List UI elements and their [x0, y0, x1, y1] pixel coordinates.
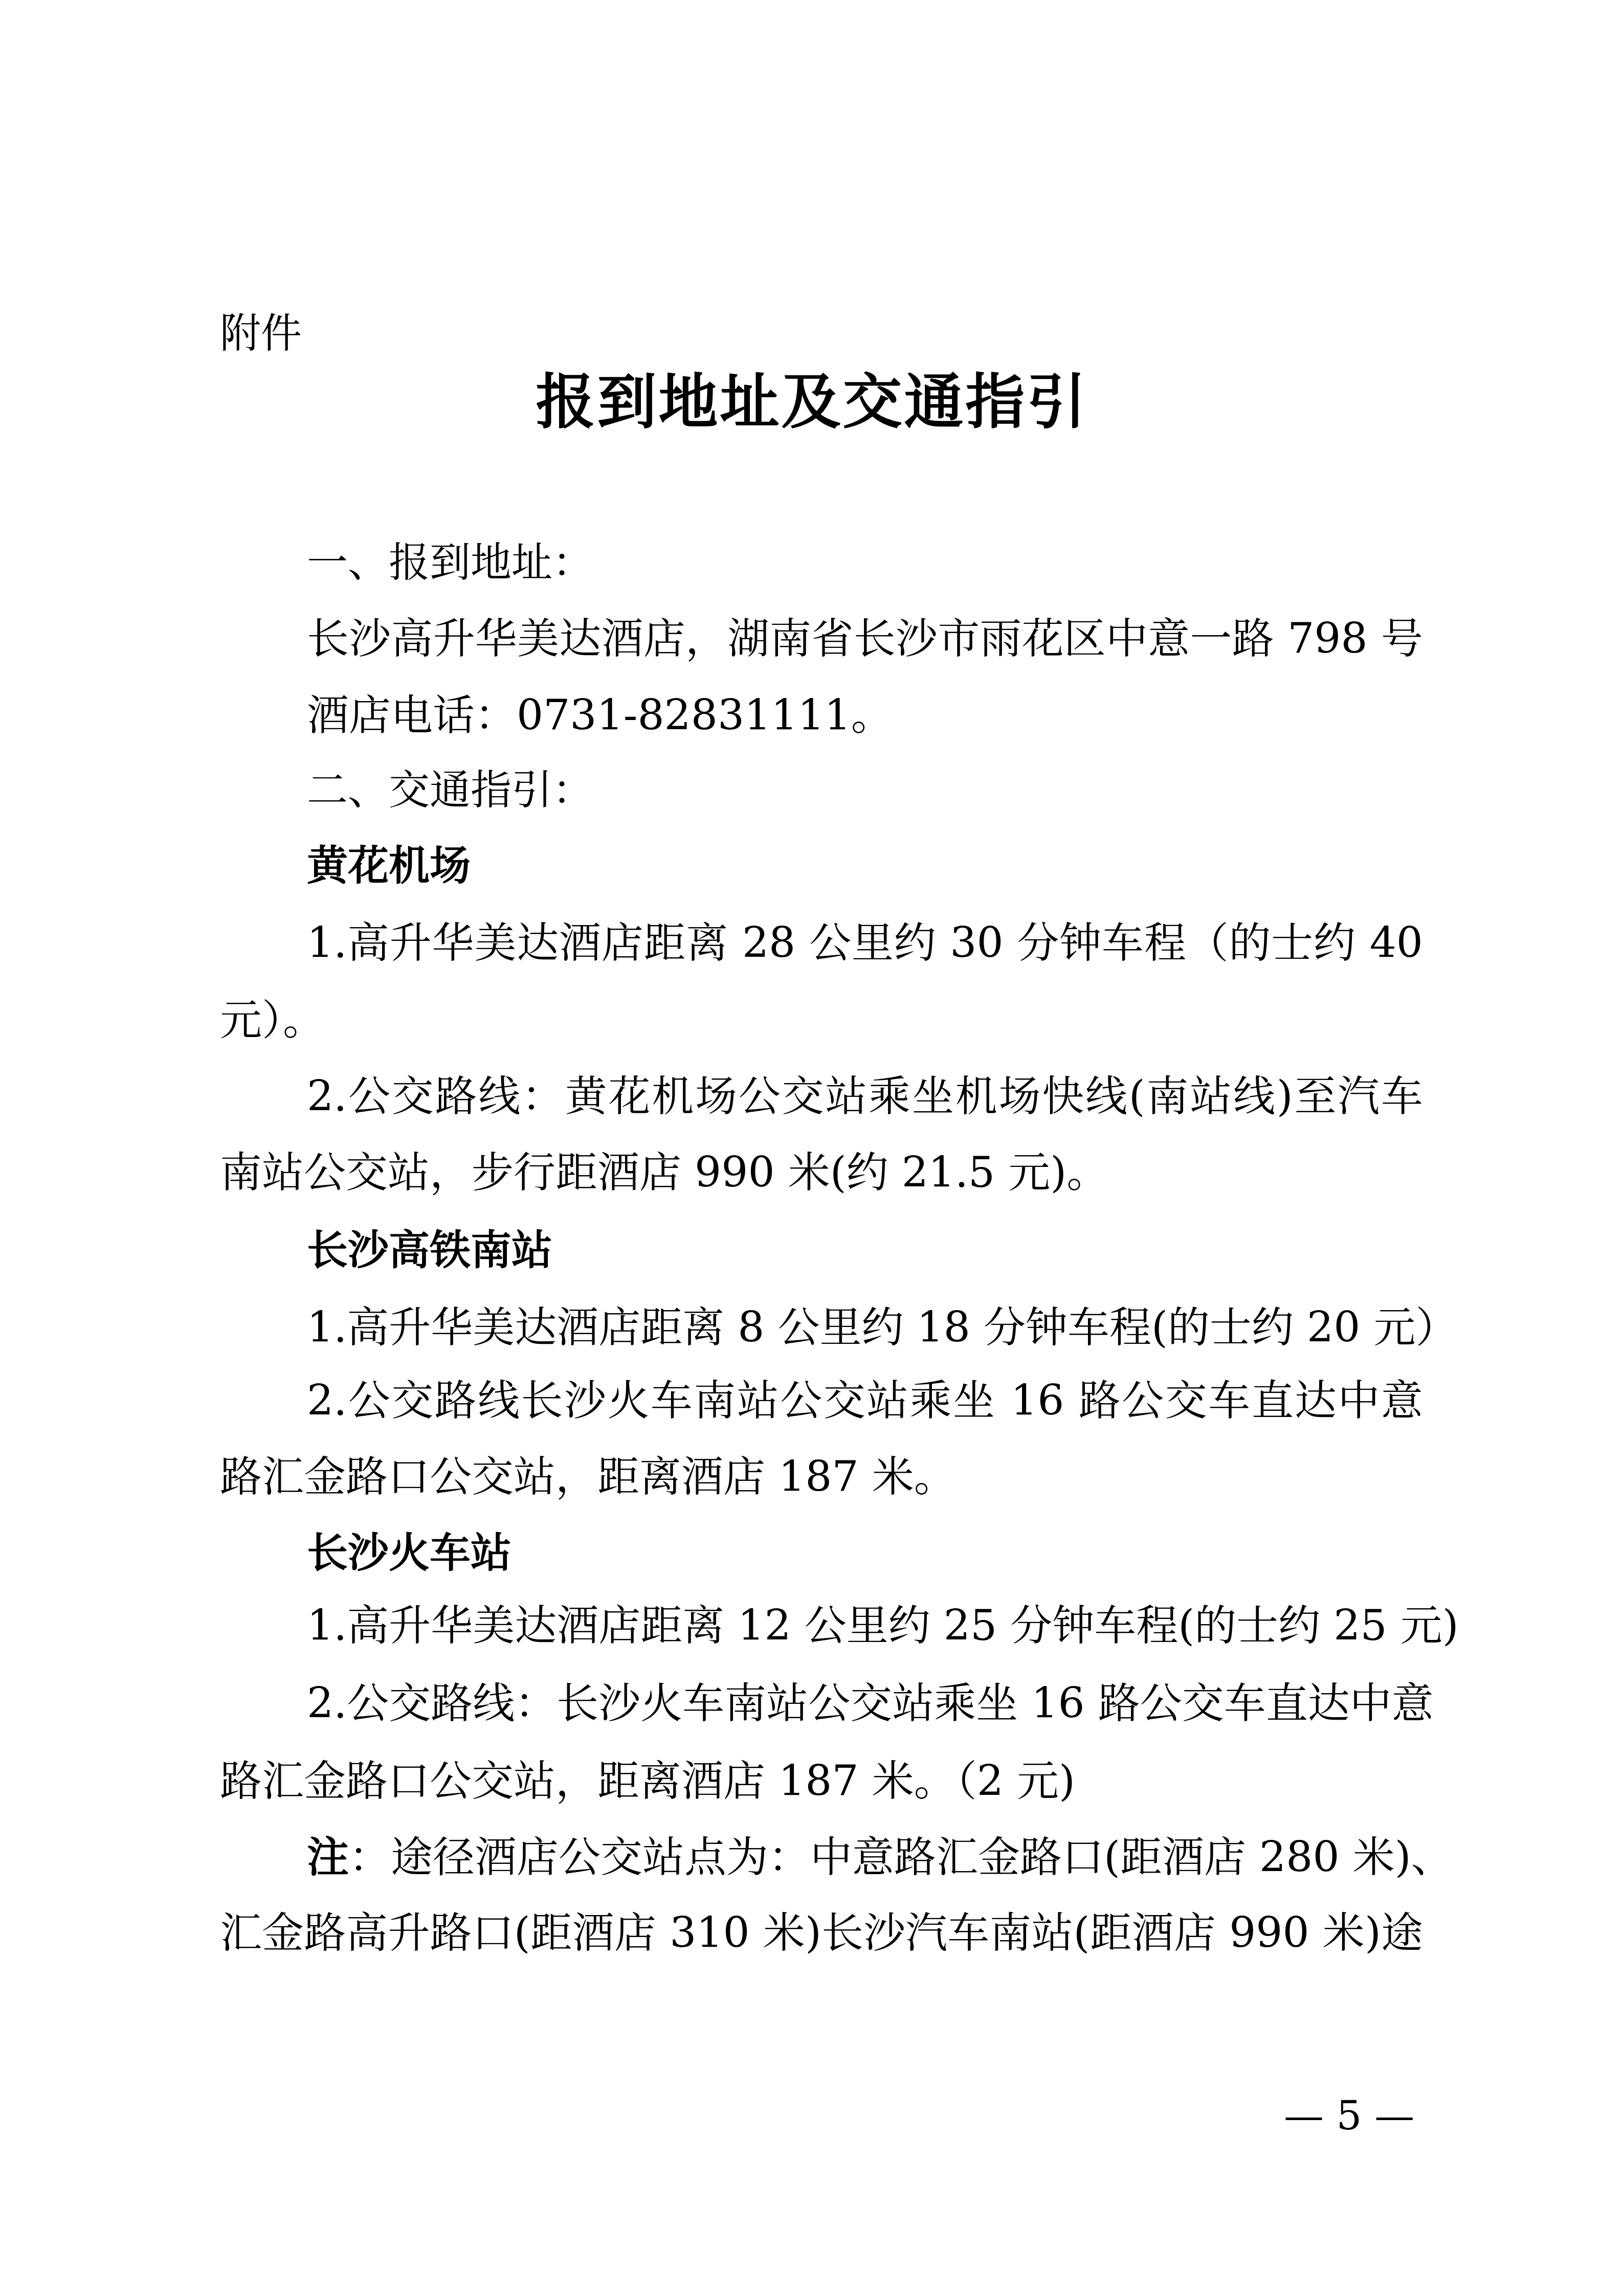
- railway-item2-line2: 路汇金路口公交站，距离酒店 187 米。（2 元): [220, 1756, 1075, 1807]
- airport-heading: 黄花机场: [307, 840, 471, 891]
- hsr-south-item2-line2: 路汇金路口公交站，距离酒店 187 米。: [220, 1452, 956, 1503]
- railway-item1: 1.高升华美达酒店距离 12 公里约 25 分钟车程(的士约 25 元): [307, 1601, 1423, 1652]
- airport-item1-line1: 1.高升华美达酒店距离 28 公里约 30 分钟车程（的士约 40: [307, 918, 1423, 969]
- hsr-south-item2-line1: 2.公交路线长沙火车南站公交站乘坐 16 路公交车直达中意: [307, 1376, 1423, 1427]
- page-number: — 5 —: [1284, 2090, 1414, 2142]
- airport-item2-line2: 南站公交站，步行距酒店 990 米(约 21.5 元)。: [220, 1147, 1108, 1199]
- section2-heading: 二、交通指引：: [307, 764, 593, 816]
- hsr-south-item1: 1.高升华美达酒店距离 8 公里约 18 分钟车程(的士约 20 元）: [307, 1302, 1423, 1354]
- railway-item2-line1: 2.公交路线：长沙火车南站公交站乘坐 16 路公交车直达中意: [307, 1678, 1423, 1729]
- page-title: 报到地址及交通指引: [0, 366, 1624, 438]
- note-line1-text: ：途径酒店公交站点为：中意路汇金路口(距酒店 280 米)、: [349, 1833, 1453, 1882]
- railway-heading: 长沙火车站: [307, 1527, 511, 1579]
- attachment-label: 附件: [220, 308, 302, 359]
- hsr-south-heading: 长沙高铁南站: [307, 1225, 552, 1276]
- note-line2: 汇金路高升路口(距酒店 310 米)长沙汽车南站(距酒店 990 米)途: [220, 1908, 1423, 1959]
- note-label: 注: [307, 1833, 349, 1882]
- airport-item1-line2: 元）。: [220, 995, 325, 1046]
- airport-item2-line1: 2.公交路线：黄花机场公交站乘坐机场快线(南站线)至汽车: [307, 1071, 1423, 1122]
- hotel-phone: 酒店电话：0731-82831111。: [307, 690, 893, 741]
- section1-heading: 一、报到地址：: [307, 537, 593, 588]
- hotel-address: 长沙高升华美达酒店，湖南省长沙市雨花区中意一路 798 号: [307, 614, 1423, 665]
- note-line1: 注：途径酒店公交站点为：中意路汇金路口(距酒店 280 米)、: [307, 1832, 1423, 1883]
